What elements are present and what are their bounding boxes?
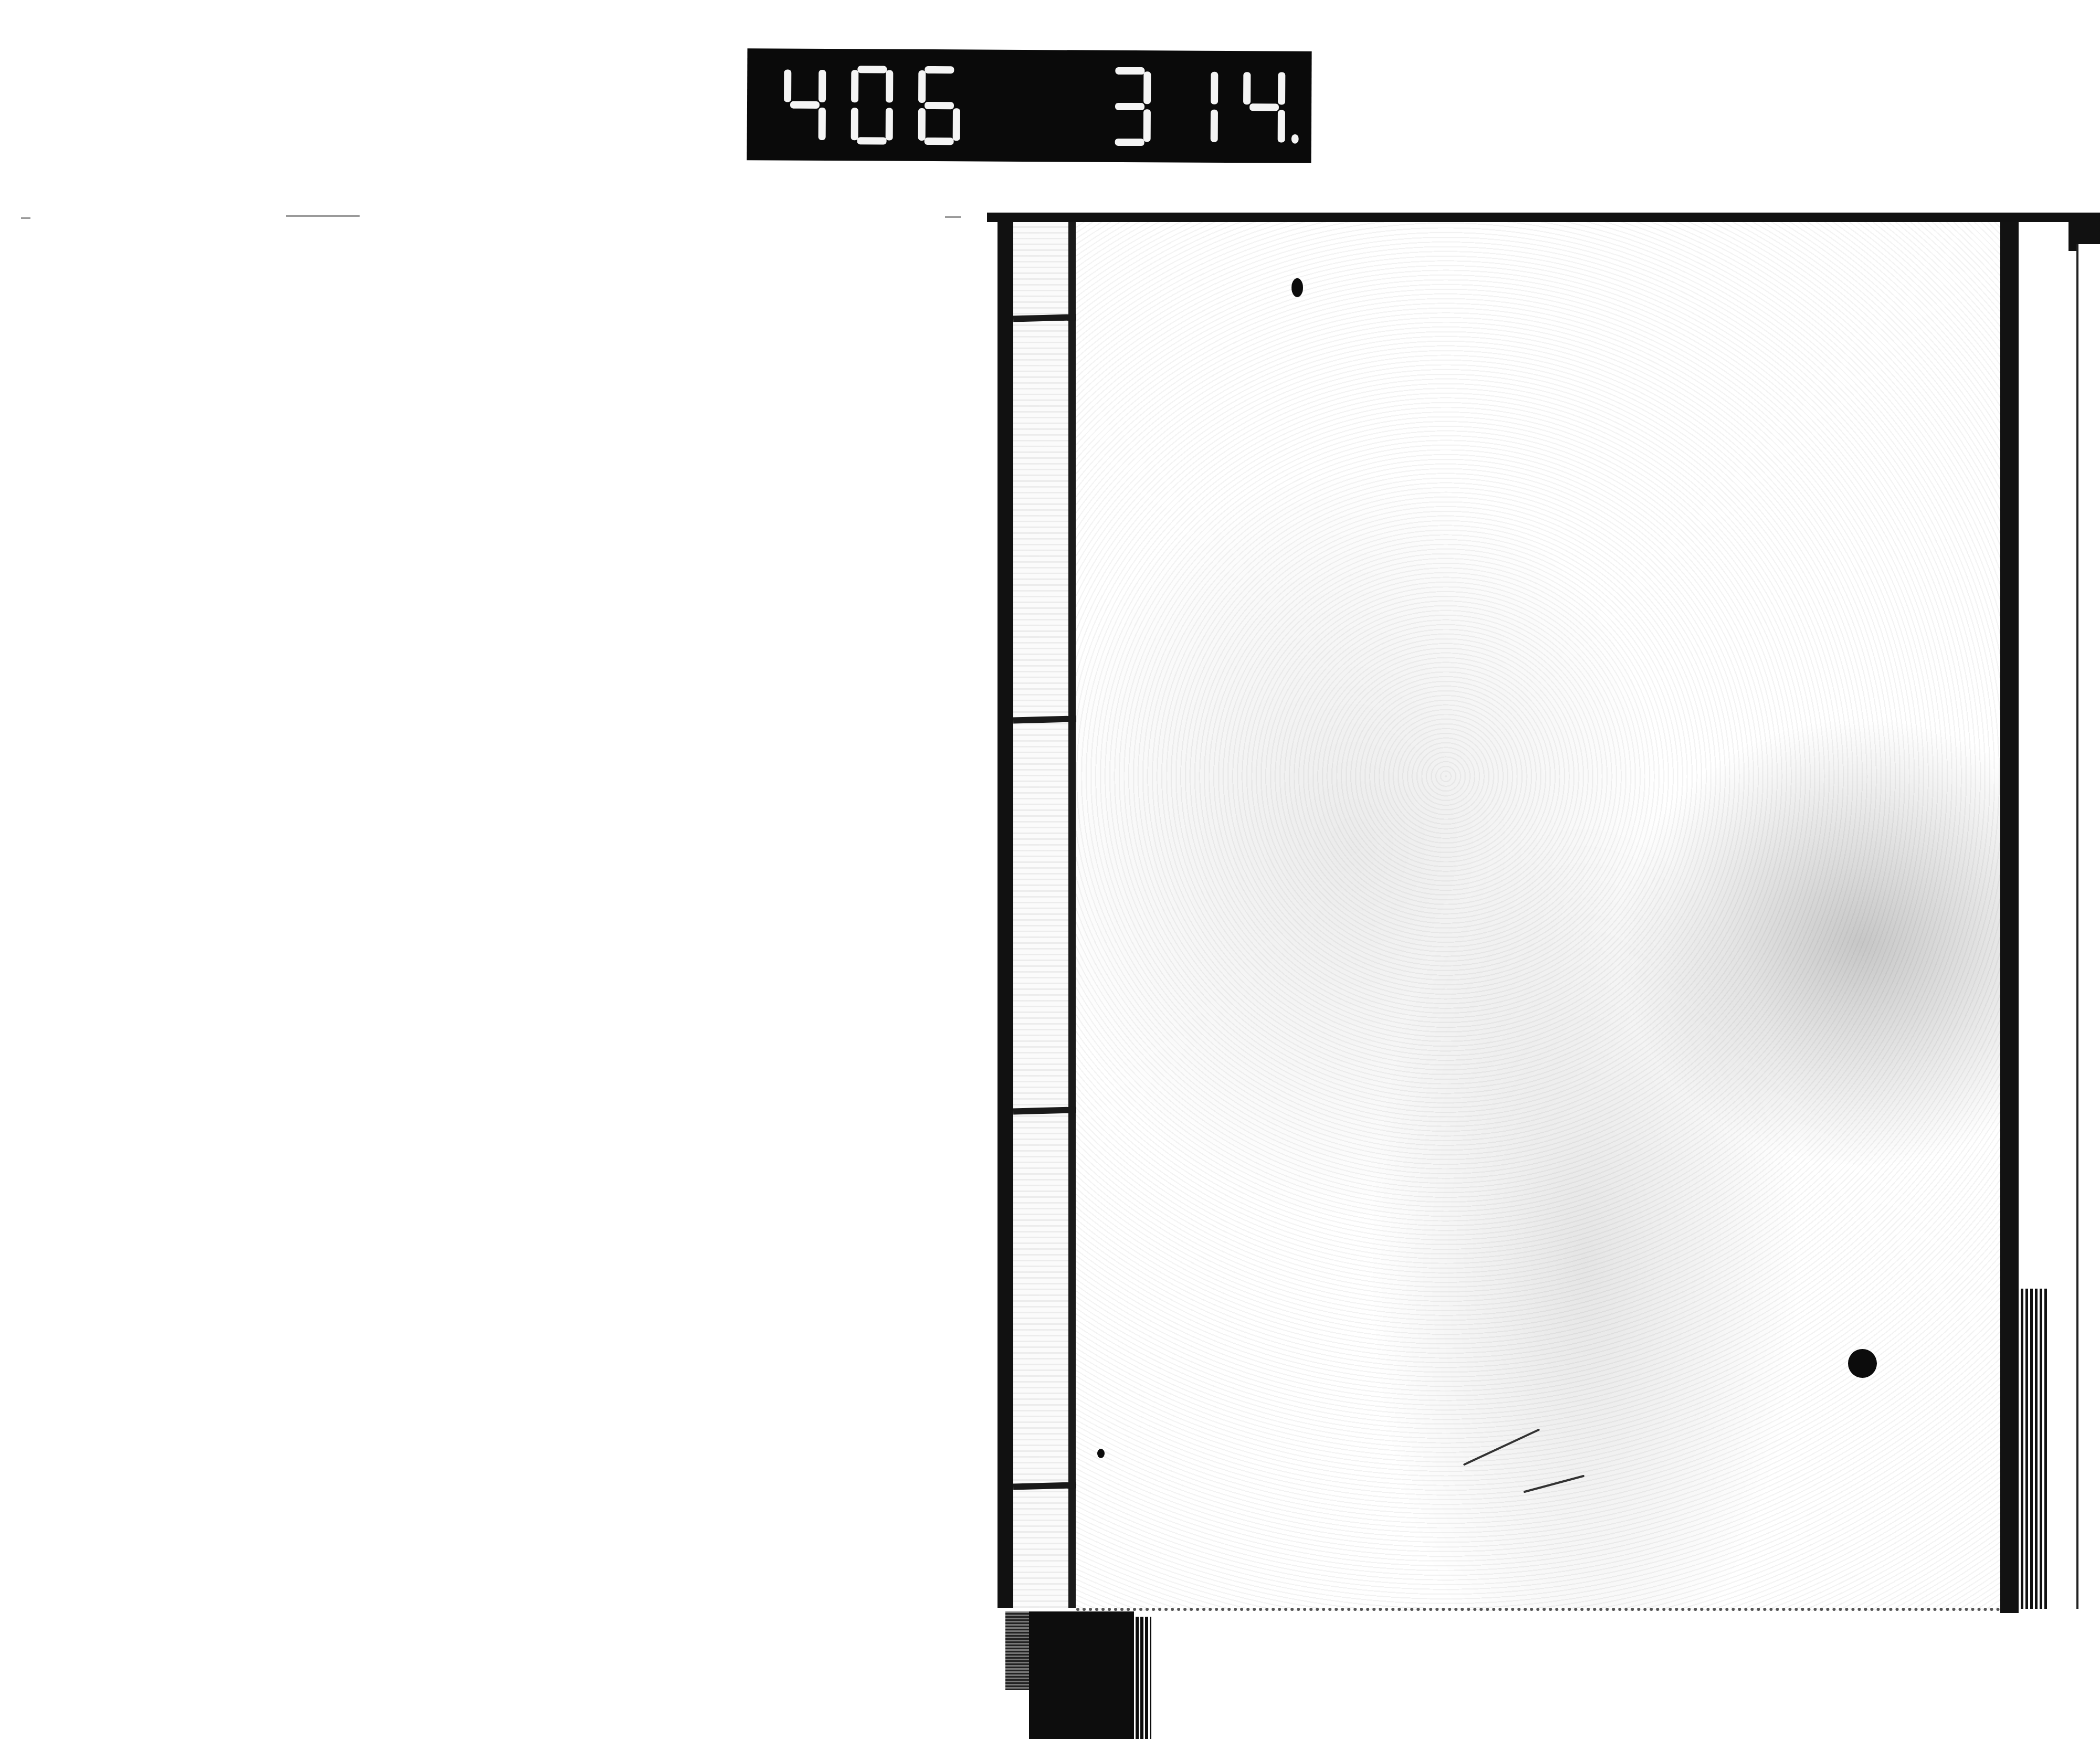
page-edges xyxy=(2016,1289,2047,1609)
scan-mark xyxy=(21,217,30,219)
book-cover xyxy=(1076,222,2000,1611)
scan-mark xyxy=(945,216,961,218)
scan-mark xyxy=(286,215,360,217)
book-bottom-block xyxy=(1029,1611,1134,1739)
book-bottom-shadow xyxy=(1005,1611,1029,1690)
digit-6 xyxy=(918,66,961,144)
counter-label: 406 314. xyxy=(747,48,1311,163)
book xyxy=(987,213,2100,1739)
digit-0 xyxy=(851,66,894,144)
digit-4-with-dot xyxy=(1243,68,1286,146)
decimal-dot xyxy=(1291,134,1299,143)
digit-3 xyxy=(1109,67,1151,145)
book-spine-edge xyxy=(997,222,1013,1608)
background-strip xyxy=(2076,244,2100,1609)
ink-stain xyxy=(1291,278,1303,297)
counter-right-number xyxy=(1109,67,1286,146)
ink-stain xyxy=(1848,1349,1877,1378)
book-bottom-pages xyxy=(1136,1617,1151,1739)
book-top-edge xyxy=(987,213,2100,222)
ink-stain xyxy=(1097,1449,1105,1458)
digit-4 xyxy=(784,65,826,144)
binding-thread xyxy=(1068,222,1076,1608)
counter-left-number xyxy=(784,65,961,145)
digit-1 xyxy=(1176,67,1219,146)
book-spine xyxy=(1013,222,1068,1608)
